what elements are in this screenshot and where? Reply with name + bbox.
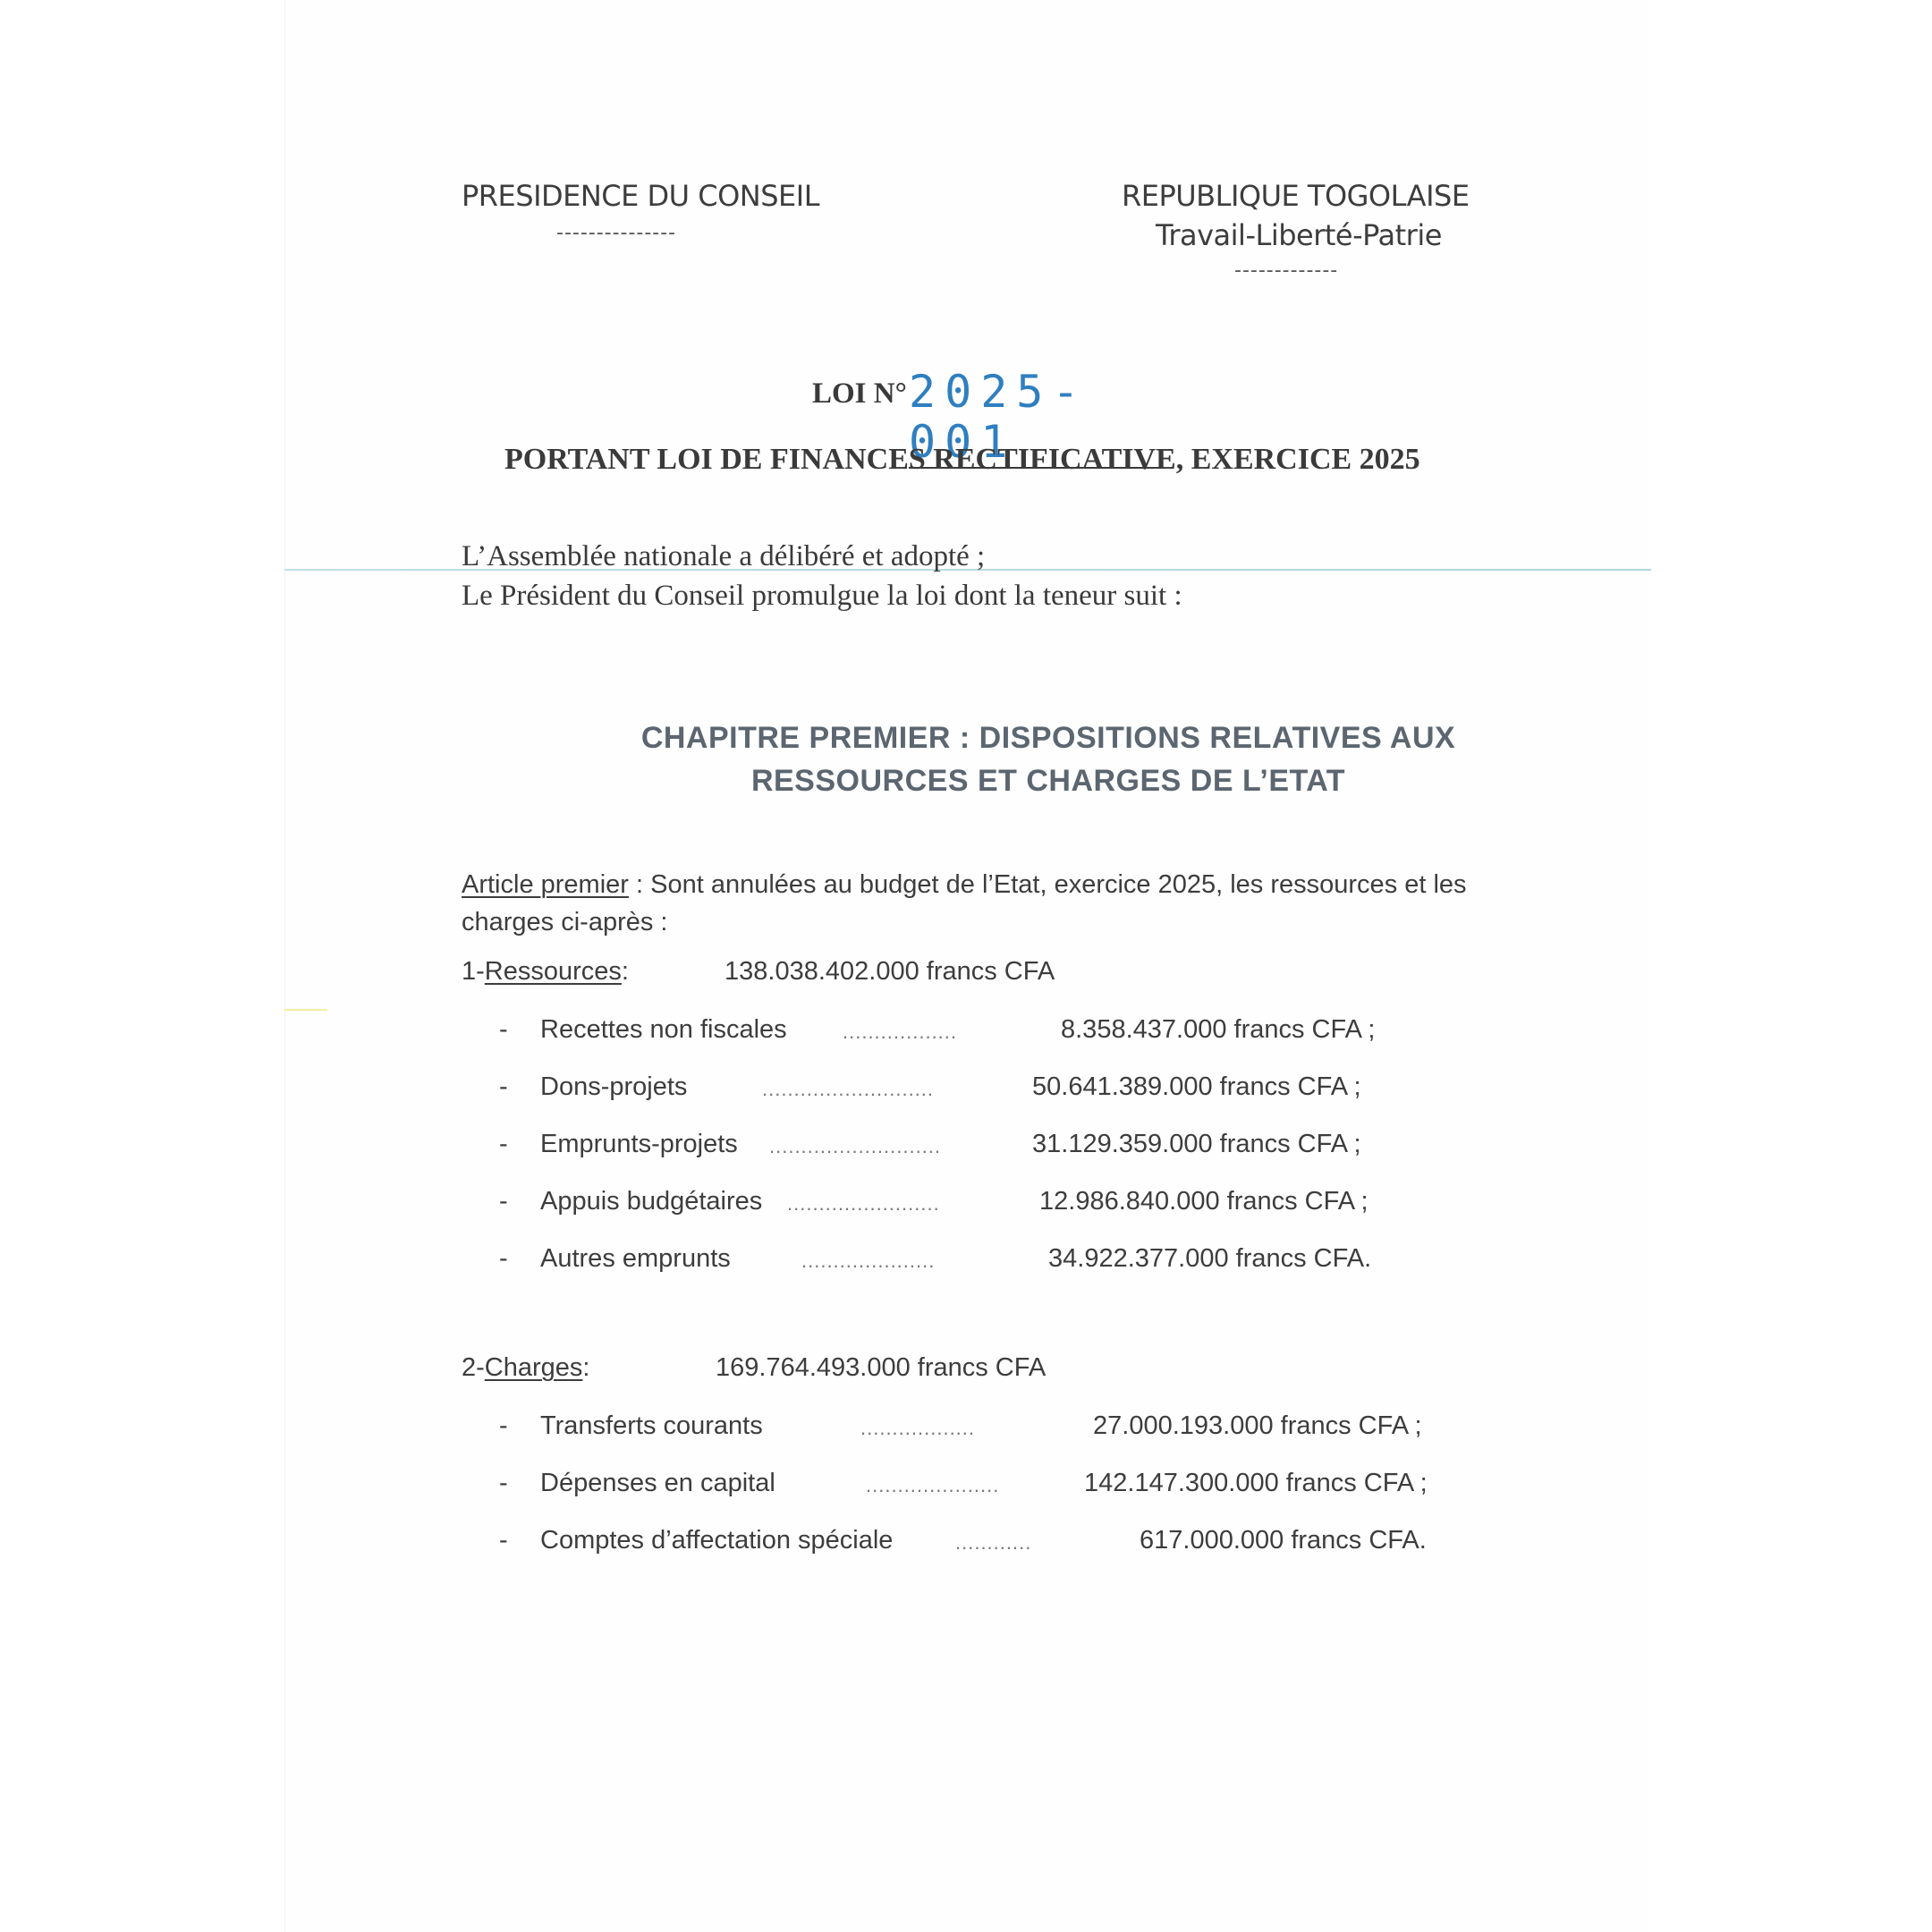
item-amount: 27.000.193.000 francs CFA ; — [1093, 1411, 1422, 1441]
item-dash: - — [499, 1130, 508, 1159]
item-dash: - — [499, 1526, 508, 1555]
article-label: Article premier — [462, 870, 629, 899]
right-separator: ------------- — [1234, 259, 1338, 282]
item-dash: - — [499, 1244, 508, 1274]
resources-heading: 1- Ressources : 138.038.402.000 francs C… — [462, 957, 629, 987]
item-label: Dépenses en capital — [540, 1469, 775, 1498]
item-dots: ..................... — [801, 1250, 935, 1273]
preamble-line-1: L’Assemblée nationale a délibéré et adop… — [462, 540, 985, 573]
charges-prefix: 2- — [462, 1353, 485, 1383]
country-name: REPUBLIQUE TOGOLAISE — [1122, 179, 1470, 213]
item-dash: - — [499, 1015, 508, 1045]
item-label: Autres emprunts — [540, 1244, 731, 1274]
item-label: Recettes non fiscales — [540, 1015, 787, 1045]
item-label: Comptes d’affectation spéciale — [540, 1526, 893, 1555]
resources-suffix: : — [622, 957, 629, 987]
resources-total: 138.038.402.000 francs CFA — [724, 957, 1055, 987]
item-label: Appuis budgétaires — [540, 1187, 762, 1216]
item-amount: 34.922.377.000 francs CFA. — [1048, 1244, 1371, 1274]
item-dots: .................. — [843, 1021, 957, 1044]
item-dots: ........................... — [762, 1078, 934, 1101]
item-amount: 617.000.000 francs CFA. — [1140, 1526, 1427, 1555]
item-label: Transferts courants — [540, 1411, 763, 1441]
item-amount: 31.129.359.000 francs CFA ; — [1032, 1130, 1361, 1159]
charges-heading: 2- Charges : 169.764.493.000 francs CFA — [462, 1353, 589, 1383]
item-label: Dons-projets — [540, 1072, 687, 1102]
item-dash: - — [499, 1469, 508, 1498]
item-dots: .................. — [860, 1417, 975, 1440]
charges-total: 169.764.493.000 francs CFA — [716, 1353, 1046, 1383]
resources-label: Ressources — [485, 957, 622, 987]
item-amount: 12.986.840.000 francs CFA ; — [1039, 1187, 1368, 1216]
item-amount: 8.358.437.000 francs CFA ; — [1061, 1015, 1375, 1045]
item-dash: - — [499, 1187, 508, 1216]
item-dots: ........................ — [787, 1192, 940, 1216]
item-dots: ............ — [955, 1531, 1031, 1555]
chapter-heading-line-2: RESSOURCES ET CHARGES DE L’ETAT — [82, 764, 1932, 799]
left-separator: --------------- — [556, 222, 676, 244]
issuing-authority: PRESIDENCE DU CONSEIL — [462, 179, 819, 213]
article-paragraph: Article premier : Sont annulées au budge… — [462, 866, 1517, 941]
law-number-prefix: LOI N° — [812, 377, 907, 411]
item-amount: 50.641.389.000 francs CFA ; — [1032, 1072, 1361, 1102]
item-label: Emprunts-projets — [540, 1130, 738, 1159]
item-dash: - — [499, 1072, 508, 1102]
charges-suffix: : — [582, 1353, 589, 1383]
charges-label: Charges — [485, 1353, 583, 1383]
chapter-heading-line-1: CHAPITRE PREMIER : DISPOSITIONS RELATIVE… — [82, 721, 1932, 756]
law-title: PORTANT LOI DE FINANCES RECTIFICATIVE, E… — [504, 443, 1420, 477]
scan-artifact-mark — [284, 1009, 327, 1011]
item-amount: 142.147.300.000 francs CFA ; — [1084, 1469, 1428, 1498]
item-dots: ........................... — [769, 1135, 941, 1158]
resources-prefix: 1- — [462, 957, 485, 987]
national-motto: Travail-Liberté-Patrie — [1156, 218, 1442, 252]
item-dash: - — [499, 1411, 508, 1441]
item-dots: ..................... — [866, 1474, 999, 1497]
preamble-line-2: Le Président du Conseil promulgue la loi… — [462, 580, 1182, 613]
